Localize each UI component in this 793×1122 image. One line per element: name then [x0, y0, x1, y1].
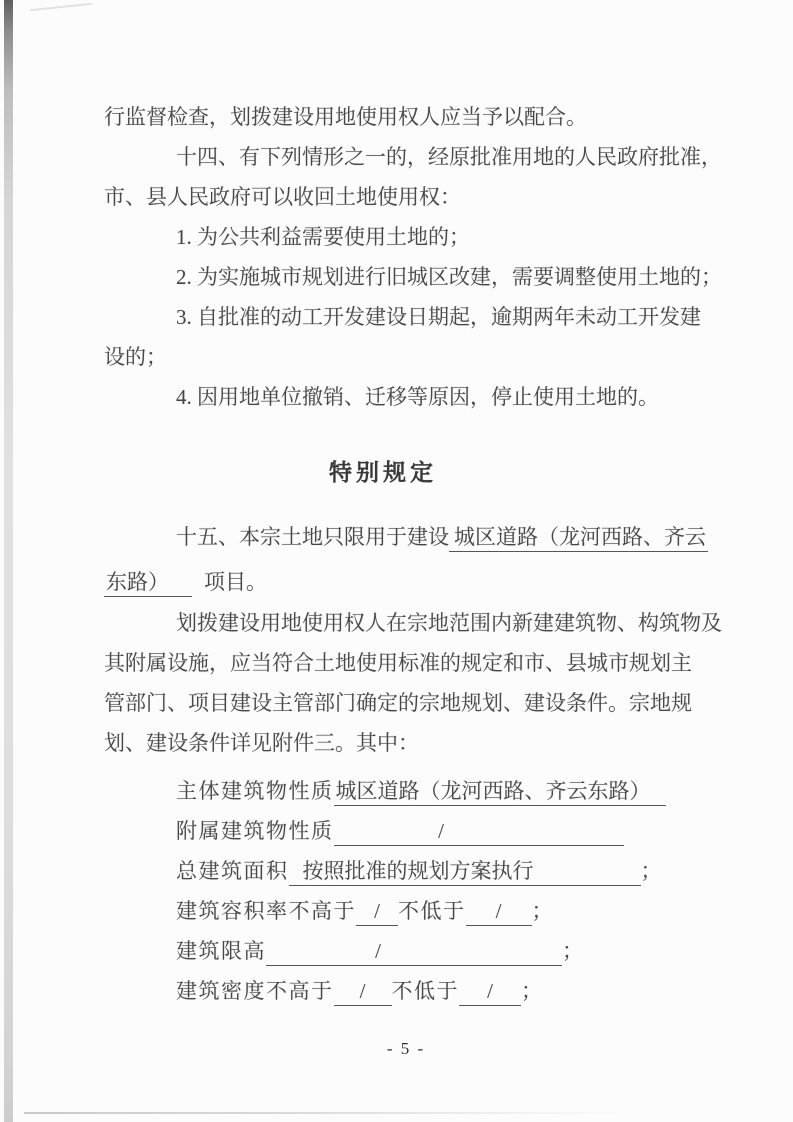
field-max-underlined: / — [356, 896, 398, 926]
clause-15-prefix: 十五、本宗土地只限用于建设 — [176, 525, 449, 549]
field-label: 建筑容积率不高于 — [176, 899, 356, 923]
scanned-document-page: 行监督检查，划拨建设用地使用权人应当予以配合。 十四、有下列情形之一的，经原批准… — [0, 0, 793, 1122]
field-auxiliary-building-nature: 附属建筑物性质/ — [104, 811, 708, 851]
clause-15-paragraph-line-2: 其附属设施，应当符合土地使用标准的规定和市、县城市规划主 — [104, 643, 708, 683]
field-punctuation: ； — [641, 859, 664, 883]
clause-15-fill-line-2: 东路） — [104, 567, 192, 597]
clause-14-item-4: 4. 因用地单位撤销、迁移等原因，停止使用土地的。 — [104, 377, 708, 417]
field-connector: 不低于 — [392, 979, 460, 1003]
clause-14-line-1: 十四、有下列情形之一的，经原批准用地的人民政府批准， — [104, 137, 708, 177]
field-value-underlined: / — [266, 936, 562, 966]
field-connector: 不低于 — [398, 899, 466, 923]
clause-15-line-2: 东路）项目。 — [104, 562, 708, 602]
clause-14-item-2: 2. 为实施城市规划进行旧城区改建，需要调整使用土地的； — [104, 257, 708, 297]
clause-14-item-3-line-1: 3. 自批准的动工开发建设日期起，逾期两年未动工开发建 — [104, 297, 708, 337]
field-value-underlined: 城区道路（龙河西路、齐云东路） — [334, 776, 666, 806]
field-label: 总建筑面积 — [176, 859, 289, 883]
section-heading-special-provisions: 特别规定 — [81, 452, 685, 492]
clause-15-suffix: 项目。 — [204, 570, 267, 594]
paragraph-continuation-line: 行监督检查，划拨建设用地使用权人应当予以配合。 — [104, 97, 708, 137]
field-punctuation: ； — [521, 979, 544, 1003]
field-value-underlined: / — [334, 816, 624, 846]
field-max-underlined: / — [334, 976, 392, 1006]
field-label: 建筑限高 — [176, 939, 266, 963]
field-label: 附属建筑物性质 — [176, 819, 334, 843]
clause-15-paragraph-line-1: 划拨建设用地使用权人在宗地范围内新建建筑物、构筑物及 — [104, 603, 708, 643]
page-number: - 5 - — [104, 1037, 708, 1061]
field-building-height-limit: 建筑限高/； — [104, 931, 708, 971]
field-label: 主体建筑物性质 — [176, 779, 334, 803]
clause-15-paragraph-line-3: 管部门、项目建设主管部门确定的宗地规划、建设条件。宗地规 — [104, 683, 708, 723]
clause-14-item-1: 1. 为公共利益需要使用土地的； — [104, 217, 708, 257]
field-building-density: 建筑密度不高于/不低于/； — [104, 971, 708, 1011]
scan-edge-shadow — [4, 0, 13, 1122]
field-plot-ratio: 建筑容积率不高于/不低于/； — [104, 891, 708, 931]
field-total-floor-area: 总建筑面积按照批准的规划方案执行； — [104, 851, 708, 891]
field-min-underlined: / — [466, 896, 532, 926]
page-content: 行监督检查，划拨建设用地使用权人应当予以配合。 十四、有下列情形之一的，经原批准… — [104, 0, 708, 1061]
field-punctuation: ； — [532, 899, 555, 923]
field-min-underlined: / — [459, 976, 521, 1006]
field-main-building-nature: 主体建筑物性质城区道路（龙河西路、齐云东路） — [104, 771, 708, 811]
clause-14-item-3-line-2: 设的； — [104, 337, 708, 377]
scan-scratch-mark — [30, 3, 92, 11]
clause-14-line-2: 市、县人民政府可以收回土地使用权： — [104, 177, 708, 217]
clause-15-fill-line-1: 城区道路（龙河西路、齐云 — [449, 522, 708, 552]
field-punctuation: ； — [562, 939, 585, 963]
field-label: 建筑密度不高于 — [176, 979, 334, 1003]
page-bottom-edge-line — [24, 1112, 624, 1114]
field-value-underlined: 按照批准的规划方案执行 — [289, 856, 641, 886]
clause-15-paragraph-line-4: 划、建设条件详见附件三。其中： — [104, 723, 708, 763]
clause-15-line-1: 十五、本宗土地只限用于建设城区道路（龙河西路、齐云 — [104, 517, 708, 557]
